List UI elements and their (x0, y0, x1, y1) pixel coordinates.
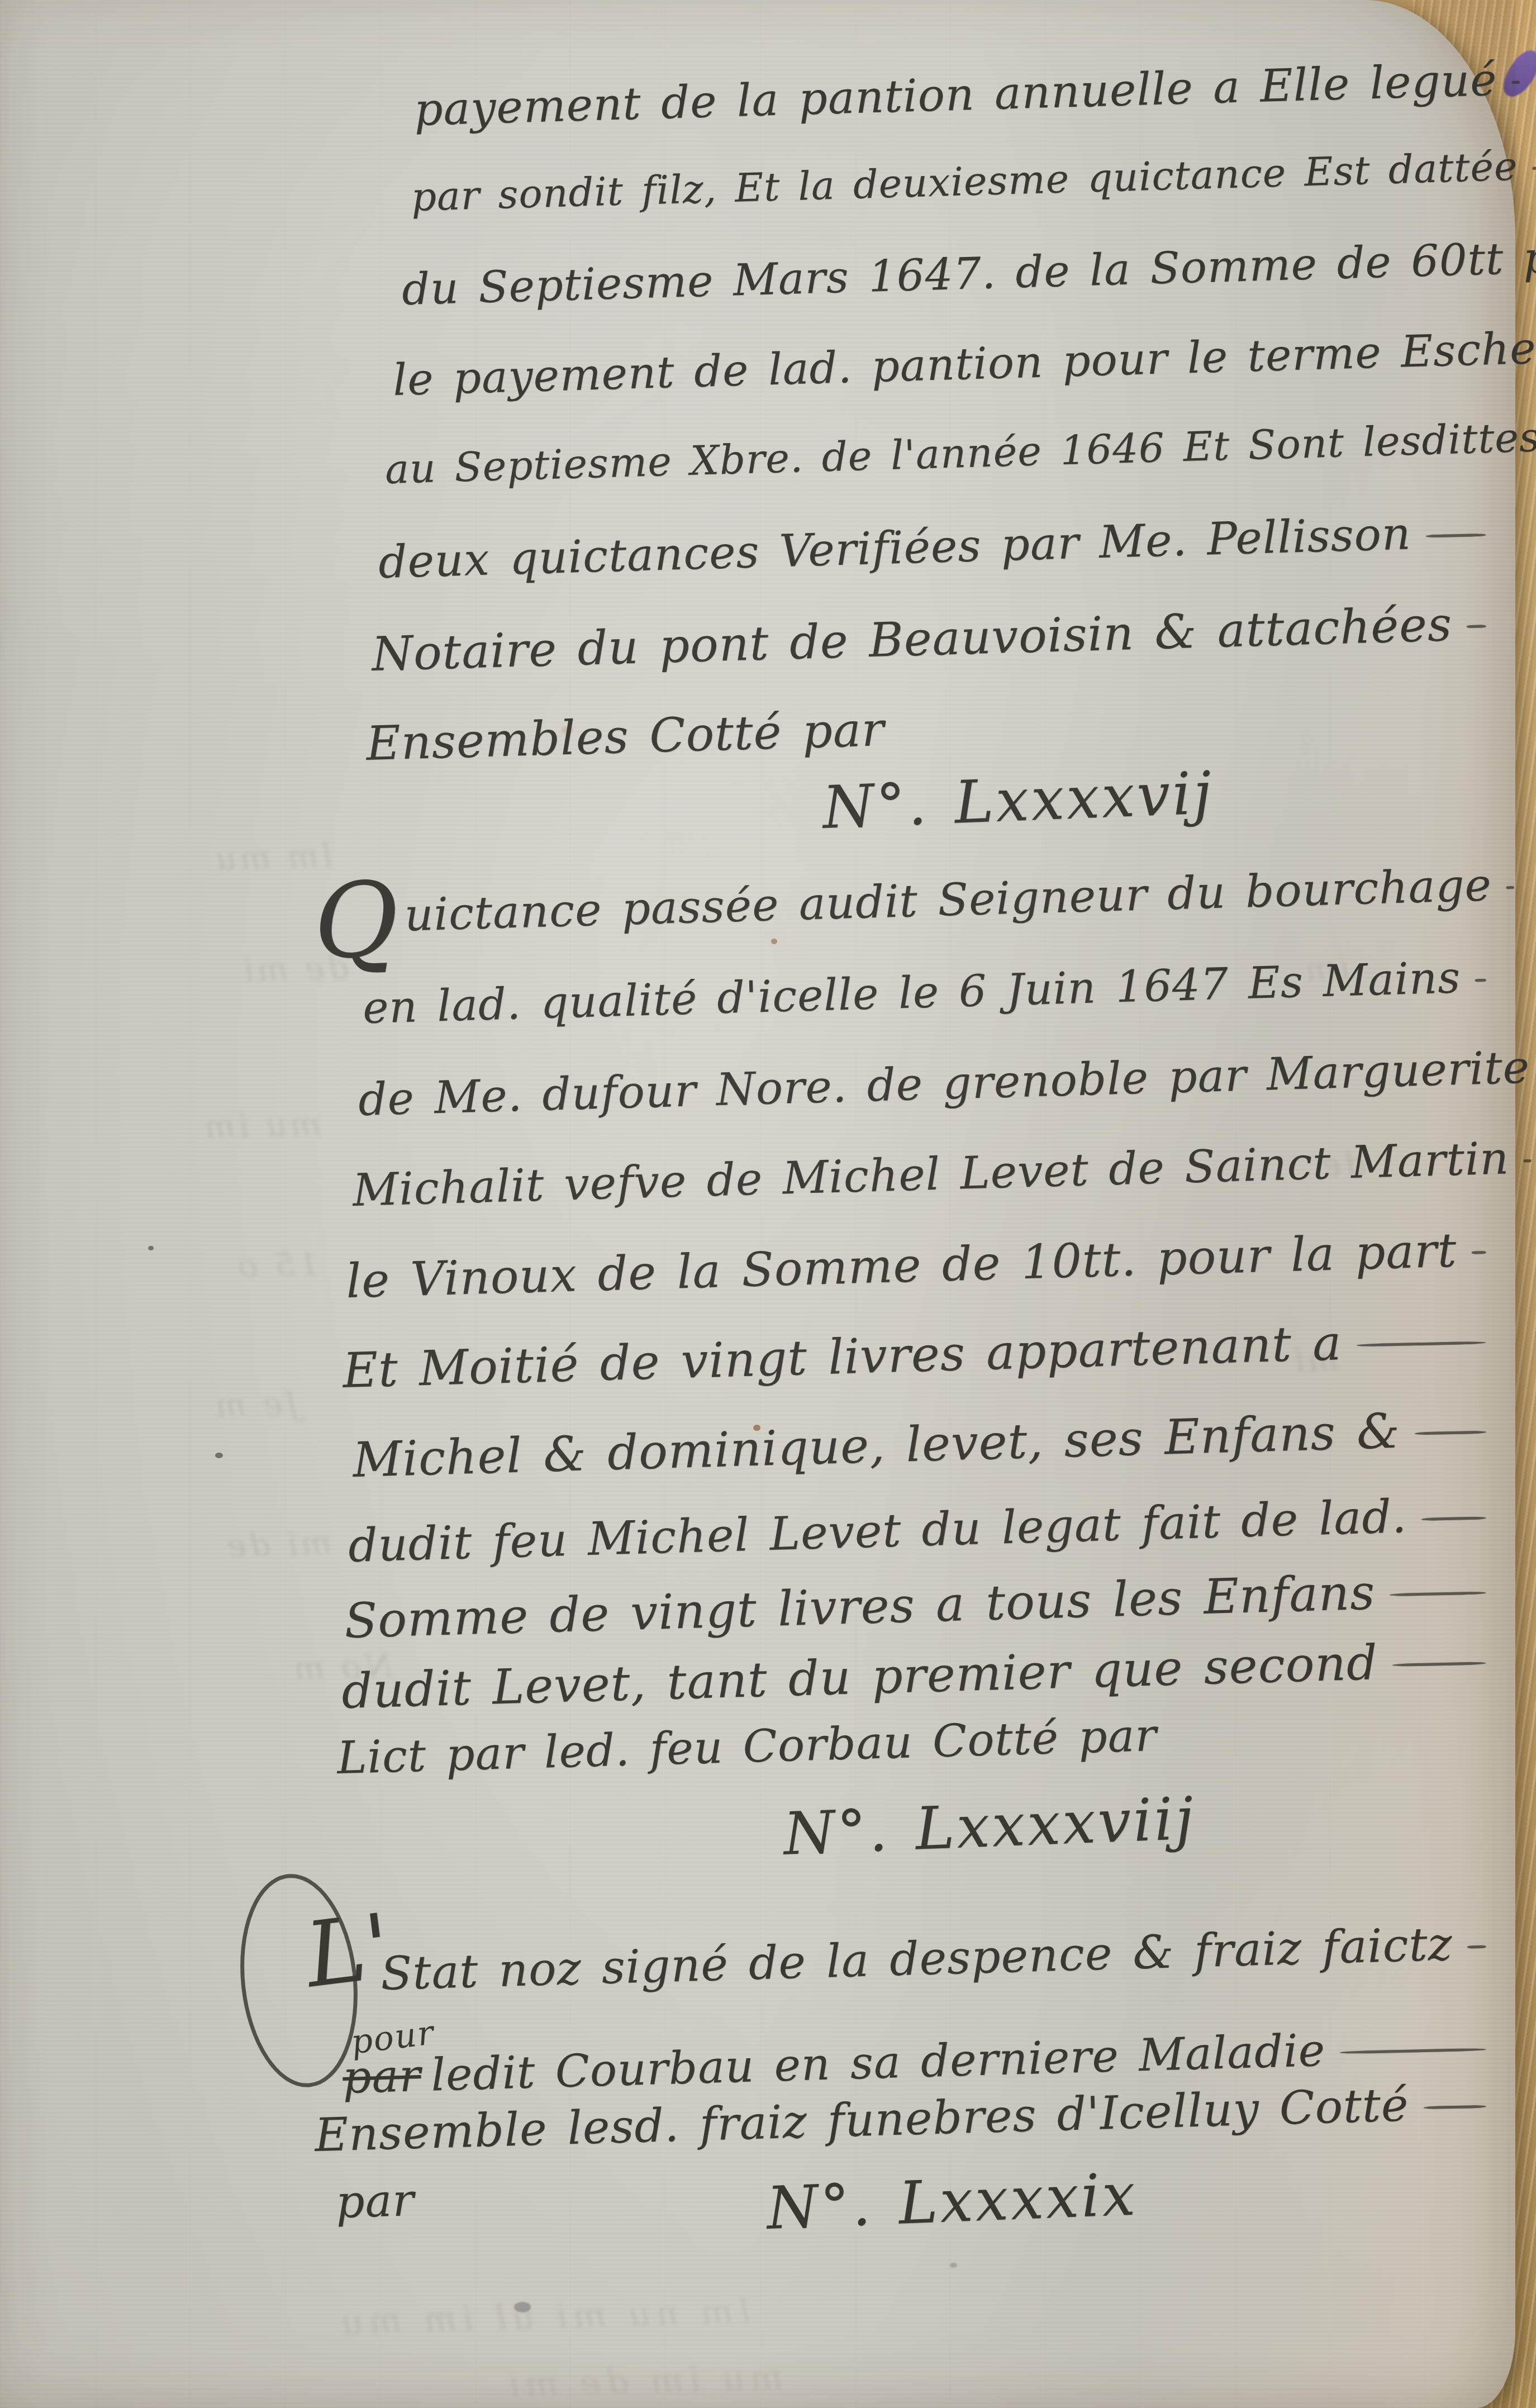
line-text: en lad. qualité d'icelle le 6 Juin 1647 … (362, 953, 1461, 1034)
line-filler-dash (1460, 952, 1483, 953)
line-text: le Vinoux de la Somme de 10tt. pour la p… (345, 1222, 1457, 1308)
initial-capital-Q: Q (313, 893, 400, 949)
manuscript-line: payement de la pantion annuelle a Elle l… (413, 54, 1485, 136)
line-text: Ensembles Cotté par (365, 702, 885, 771)
manuscript-line: Lict par led. feu Corbau Cotté par (336, 1709, 1158, 1784)
manuscript-line: par sondit filz, Et la deuxiesme quictan… (411, 144, 1485, 220)
line-filler-dash (1456, 1222, 1483, 1222)
manuscript-line: au Septiesme Xbre. de l'année 1646 Et So… (384, 415, 1485, 493)
line-text: Michel & dominique, levet, ses Enfans & (352, 1403, 1401, 1488)
line-text: dudit Levet, tant du premier que second (341, 1635, 1378, 1720)
cote-label: N°. Lxxxxvij (821, 759, 1215, 842)
manuscript-line: de Me. dufour Nore. de grenoble par Marg… (358, 1043, 1485, 1126)
cote-number: N°. Lxxxxvij (821, 759, 1215, 842)
bleedthrough-text: mu im de mi (502, 2357, 783, 2405)
line-text: du Septiesme Mars 1647. de la Somme de 6… (401, 231, 1536, 315)
manuscript-line: en lad. qualité d'icelle le 6 Juin 1647 … (362, 952, 1485, 1034)
line-filler-dash (1325, 2020, 1483, 2024)
line-filler-dash (1377, 1632, 1483, 1635)
manuscript-line: dudit feu Michel Levet du legat fait de … (348, 1488, 1485, 1573)
manuscript-line: Notaire du pont de Beauvoisin & attachée… (371, 596, 1485, 682)
cote-number: N°. Lxxxxix (765, 2160, 1139, 2243)
line-text: uictance passée audit Seigneur du bourch… (404, 859, 1492, 941)
line-filler-dash (1406, 1488, 1483, 1490)
bleedthrough-text: mu im (201, 1105, 321, 1146)
bleedthrough-text: 15 o (234, 1245, 320, 1285)
manuscript-line: le payement de lad. pantion pour le term… (392, 325, 1485, 405)
line-filler-dash (1491, 858, 1511, 859)
manuscript-line: Michel & dominique, levet, ses Enfans & (352, 1401, 1485, 1488)
line-filler-dash (1341, 1311, 1483, 1315)
line-text: de Me. dufour Nore. de grenoble par Marg… (358, 1041, 1530, 1126)
line-filler-dash (1451, 596, 1483, 597)
line-filler-dash (1375, 1562, 1483, 1564)
line-text: par (335, 2174, 415, 2228)
line-text: par sondit filz, Et la deuxiesme quictan… (411, 144, 1518, 220)
line-text: Michalit vefve de Michel Levet de Sainct… (352, 1132, 1510, 1216)
line-filler-dash (1452, 1917, 1483, 1918)
ink-blot (950, 2263, 957, 2268)
manuscript-line: Stat noz signé de la despence & fraiz fa… (380, 1917, 1485, 2001)
line-text: Lict par led. feu Corbau Cotté par (336, 1709, 1158, 1784)
manuscript-photo: lm mu de mi mu im 15 o Je m mi de No m i… (0, 0, 1536, 2408)
cote-number: N°. Lxxxxviij (782, 1784, 1197, 1868)
manuscript-line: dudit Levet, tant du premier que second (341, 1632, 1485, 1720)
manuscript-line: le Vinoux de la Somme de 10tt. pour la p… (345, 1222, 1485, 1308)
manuscript-line: Et Moitié de vingt livres appartenant a (342, 1311, 1485, 1399)
line-text: le payement de lad. pantion pour le term… (392, 322, 1536, 406)
ink-fleck (215, 1453, 223, 1458)
line-text: payement de la pantion annuelle a Elle l… (413, 54, 1498, 136)
line-filler-dash (1410, 506, 1483, 508)
line-text: deux quictances Verifiées par Me. Pellis… (378, 507, 1411, 588)
line-text: Notaire du pont de Beauvoisin & attachée… (371, 597, 1453, 682)
manuscript-line: du Septiesme Mars 1647. de la Somme de 6… (401, 235, 1485, 315)
line-text: dudit feu Michel Levet du legat fait de … (348, 1490, 1407, 1573)
manuscript-line: deux quictances Verifiées par Me. Pellis… (378, 506, 1485, 588)
bleedthrough-text: Je m (212, 1384, 299, 1425)
bleedthrough-text: lm nu mi ul im mu (335, 2291, 750, 2342)
line-text: au Septiesme Xbre. de l'année 1646 Et So… (384, 413, 1536, 493)
line-text: Et Moitié de vingt livres appartenant a (342, 1315, 1343, 1399)
struck-word: par (342, 2049, 422, 2104)
line-text: Stat noz signé de la despence & fraiz fa… (380, 1917, 1453, 2001)
manuscript-line: Michalit vefve de Michel Levet de Sainct… (352, 1132, 1485, 1216)
cote-label: N°. Lxxxxviij (782, 1784, 1197, 1868)
cote-label: N°. Lxxxxix (765, 2160, 1139, 2243)
rust-stain (771, 939, 777, 944)
manuscript-line: par (335, 2174, 415, 2228)
bleedthrough-text: mi de (223, 1524, 332, 1564)
line-filler-dash (1399, 1401, 1483, 1403)
manuscript-line: Quictance passée audit Seigneur du bourc… (313, 859, 1485, 946)
manuscript-line: Ensembles Cotté par (365, 702, 885, 771)
line-text: Somme de vingt livres a tous les Enfans (344, 1564, 1376, 1649)
line-filler-dash (1408, 2077, 1483, 2079)
manuscript-page: lm mu de mi mu im 15 o Je m mi de No m i… (0, 0, 1515, 2408)
ink-fleck (148, 1246, 154, 1250)
